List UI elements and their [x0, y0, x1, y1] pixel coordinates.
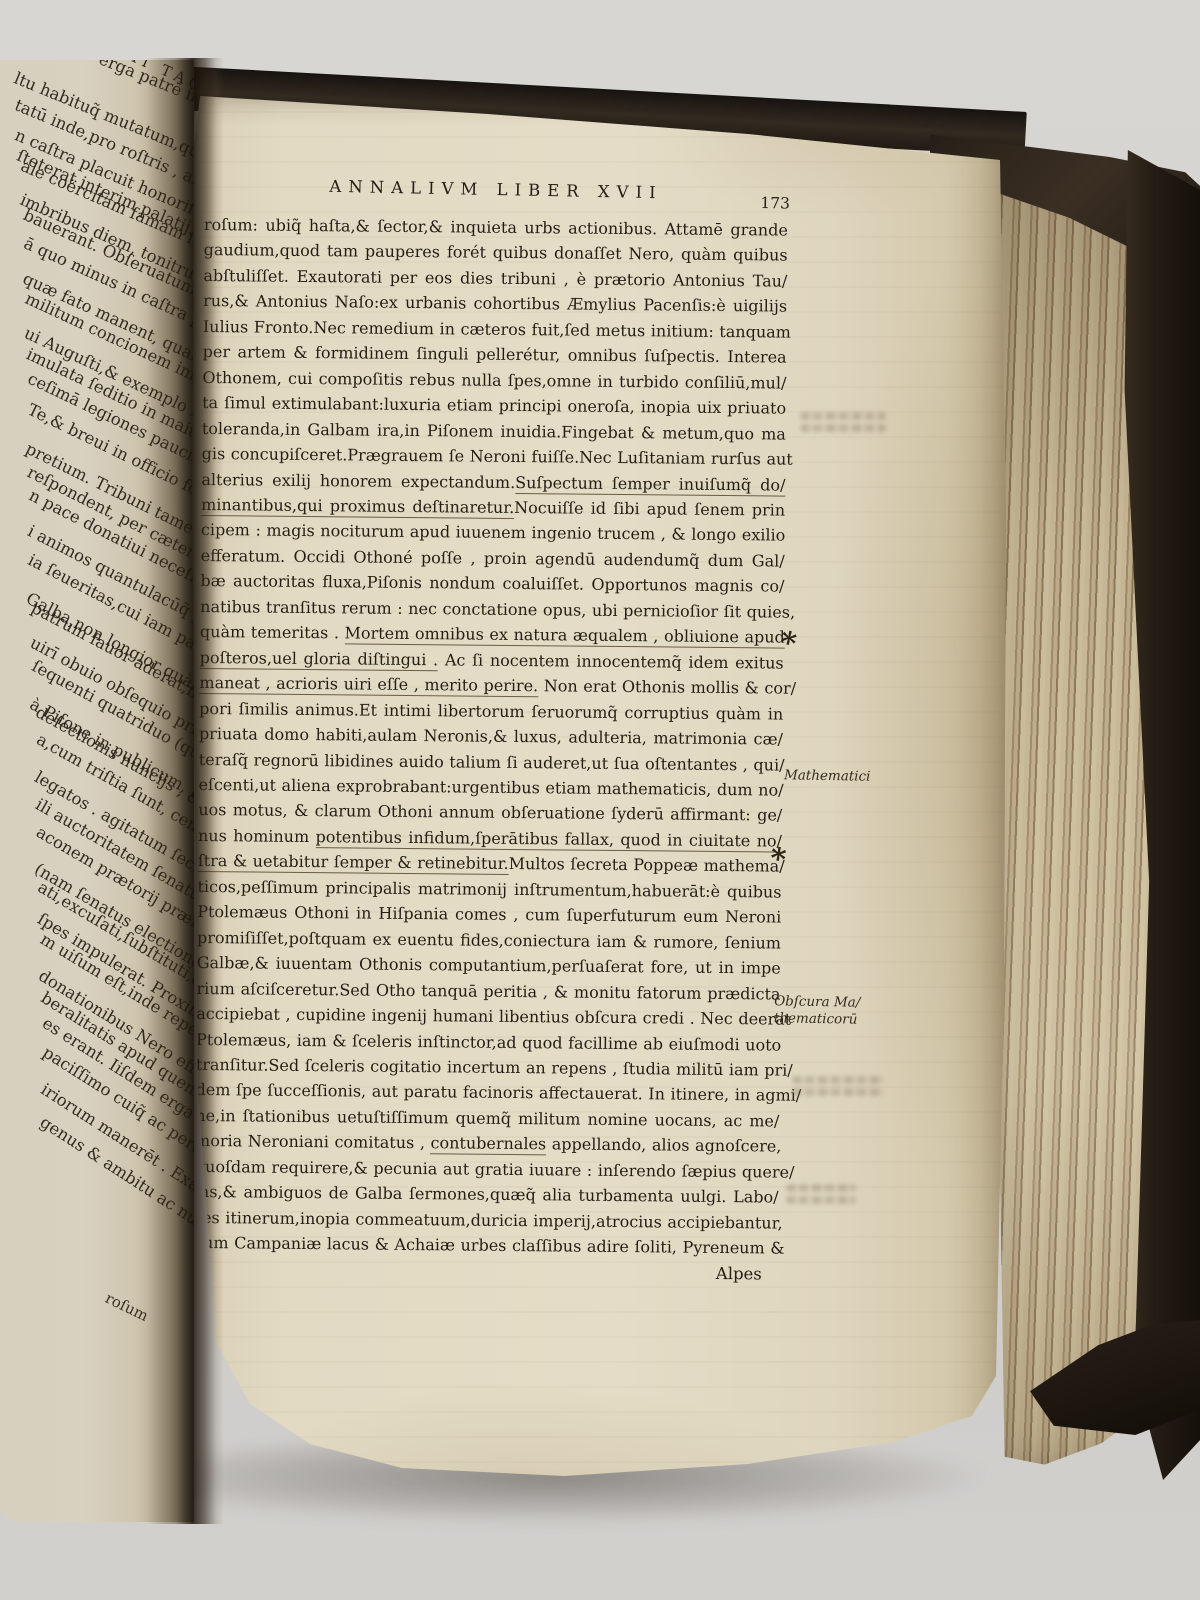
margin-note-obscura-line1: Obſcura Ma/	[774, 993, 860, 1011]
margin-note-mathematici: Mathematici	[784, 767, 871, 785]
ink-show-through	[786, 1180, 856, 1208]
left-text-line: genus & ambitu ac numero eno	[0, 1253, 188, 1282]
handwritten-star-mark: *	[768, 841, 788, 878]
folio-number: 173	[730, 193, 790, 212]
left-catchword: roſum	[103, 1289, 152, 1325]
text-block: roſum: ubiq̃ haſta,& ſector,& inquieta u…	[194, 212, 788, 1287]
text-lines: roſum: ubiq̃ haſta,& ſector,& inquieta u…	[194, 212, 788, 1261]
right-page: ANNALIVM LIBER XVII 173 roſum: ubiq̃ haſ…	[188, 86, 1008, 1514]
ink-show-through	[792, 1072, 884, 1100]
ink-show-through	[800, 408, 886, 436]
left-page: ELII TACITI ſſe.Sermo erga patrē imperat…	[0, 60, 194, 1522]
left-text-fragments: ſſe.Sermo erga patrē imperatorēq̃ltu hab…	[0, 122, 188, 1282]
margin-note-obscura: Obſcura Ma/ thematicorū	[774, 993, 861, 1027]
left-text-line: iriorum manerēt . Exactioni XXX	[0, 1224, 188, 1253]
running-head: ANNALIVM LIBER XVII	[204, 174, 788, 204]
book-photo: ELII TACITI ſſe.Sermo erga patrē imperat…	[0, 0, 1200, 1600]
margin-note-obscura-line2: thematicorū	[774, 1010, 860, 1028]
